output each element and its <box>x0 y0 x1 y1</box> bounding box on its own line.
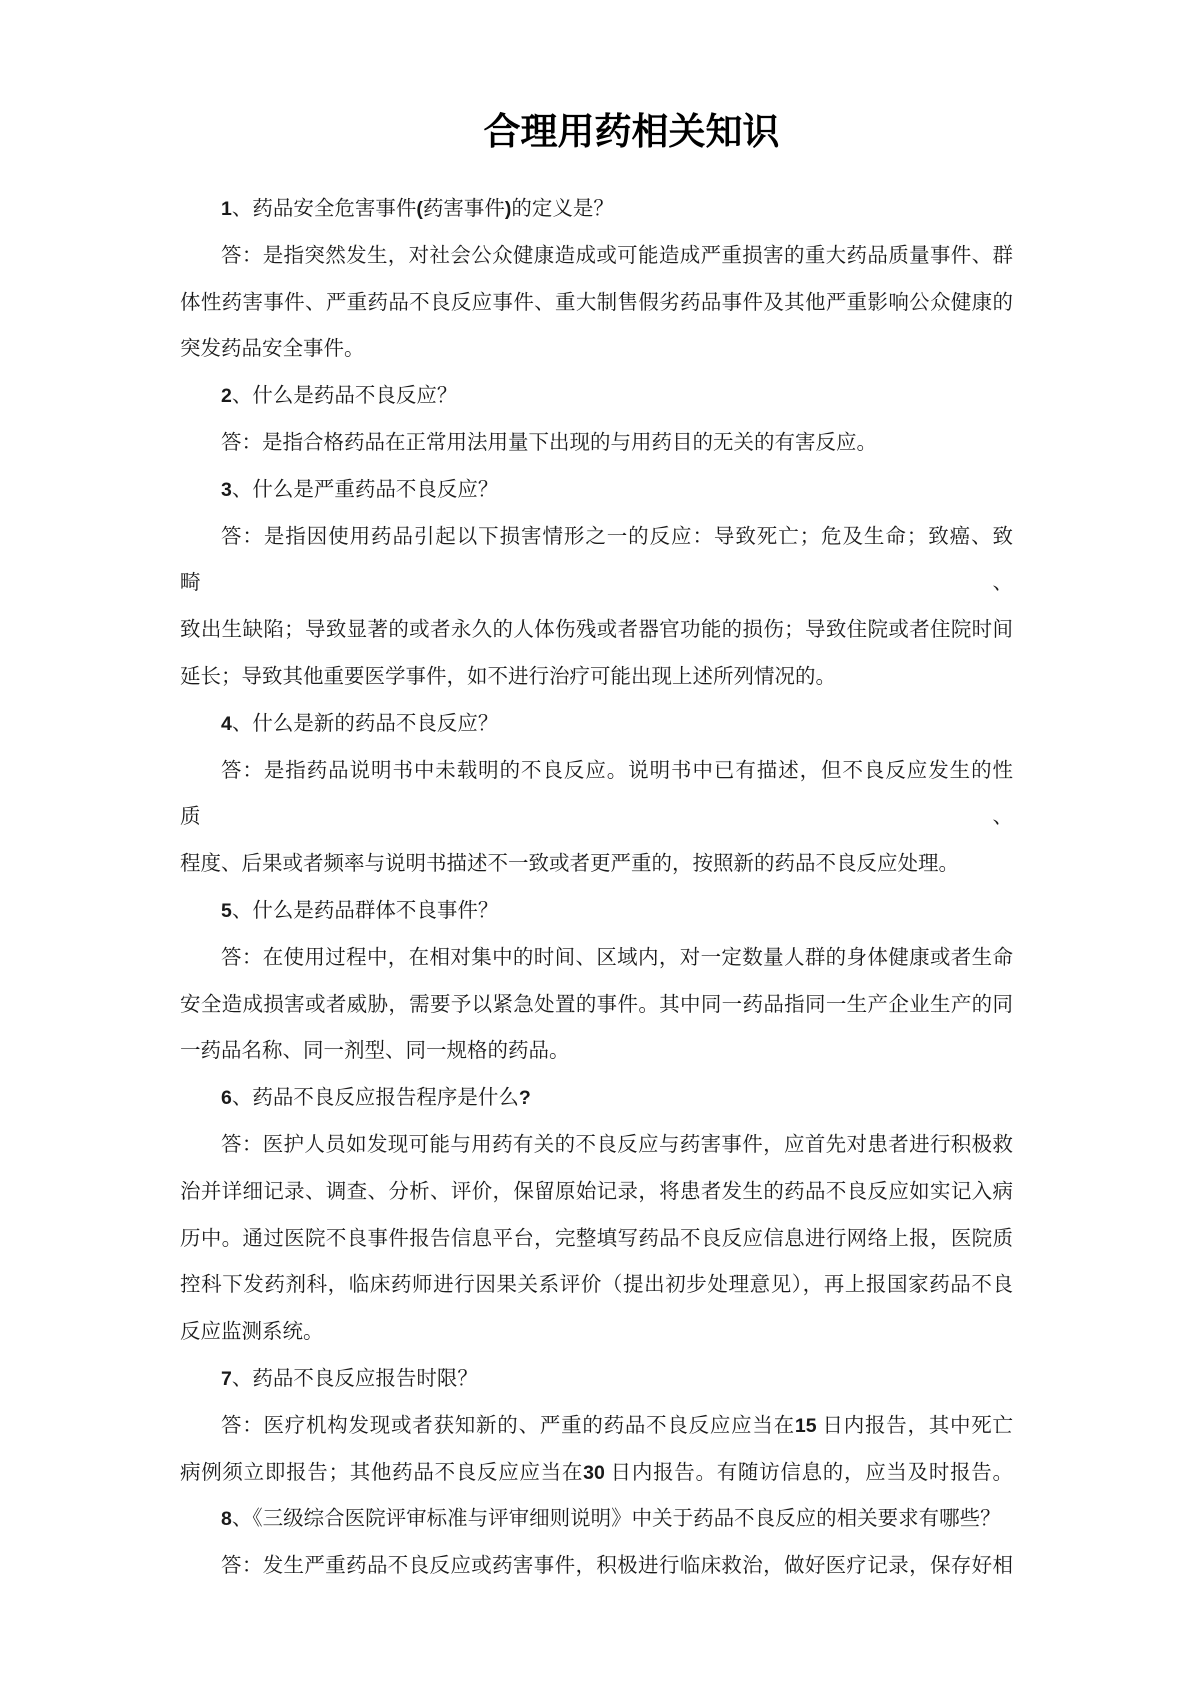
answer-line: 答：医护人员如发现可能与用药有关的不良反应与药害事件，应首先对患者进行积极救 <box>180 1122 1013 1169</box>
cjk-text: 一药品名称、同一剂型、同一规格的药品。 <box>180 1040 570 1062</box>
cjk-text: 、《三级综合医院评审标准与评审细则说明》中关于药品不良反应的相关要求有哪些？ <box>232 1508 1001 1530</box>
cjk-text: 、什么是新的药品不良反应？ <box>232 713 499 735</box>
cjk-text: 、什么是严重药品不良反应？ <box>232 479 499 501</box>
cjk-text: 致出生缺陷；导致显著的或者永久的人体伤残或者器官功能的损伤；导致住院或者住院时间 <box>180 619 1013 641</box>
answer-line: 答：医疗机构发现或者获知新的、严重的药品不良反应应当在15 日内报告，其中死亡 <box>180 1403 1013 1450</box>
cjk-text: 答：医疗机构发现或者获知新的、严重的药品不良反应应当在 <box>221 1415 795 1437</box>
answer-line: 反应监测系统。 <box>180 1309 1013 1356</box>
cjk-text: 答：医护人员如发现可能与用药有关的不良反应与药害事件，应首先对患者进行积极救 <box>221 1134 1013 1156</box>
answer-line: 体性药害事件、严重药品不良反应事件、重大制售假劣药品事件及其他严重影响公众健康的 <box>180 280 1013 327</box>
cjk-text: 延长；导致其他重要医学事件，如不进行治疗可能出现上述所列情况的。 <box>180 666 836 688</box>
cjk-text: 安全造成损害或者威胁，需要予以紧急处置的事件。其中同一药品指同一生产企业生产的同 <box>180 994 1013 1016</box>
answer-line: 控科下发药剂科，临床药师进行因果关系评价（提出初步处理意见），再上报国家药品不良 <box>180 1262 1013 1309</box>
answer-line: 答：是指药品说明书中未载明的不良反应。说明书中已有描述，但不良反应发生的性质、 <box>180 748 1013 842</box>
latin-bold-text: 15 <box>795 1415 817 1437</box>
cjk-text: 治并详细记录、调查、分析、评价，保留原始记录，将患者发生的药品不良反应如实记入病 <box>180 1181 1013 1203</box>
latin-bold-text: 4 <box>221 713 232 735</box>
cjk-text: 反应监测系统。 <box>180 1321 324 1343</box>
question-line: 8、《三级综合医院评审标准与评审细则说明》中关于药品不良反应的相关要求有哪些？ <box>180 1496 1013 1543</box>
cjk-text: 日内报告，其中死亡 <box>817 1415 1013 1437</box>
answer-line: 治并详细记录、调查、分析、评价，保留原始记录，将患者发生的药品不良反应如实记入病 <box>180 1169 1013 1216</box>
answer-line: 答：是指突然发生，对社会公众健康造成或可能造成严重损害的重大药品质量事件、群 <box>180 233 1013 280</box>
cjk-text: 答：发生严重药品不良反应或药害事件，积极进行临床救治，做好医疗记录，保存好相 <box>221 1555 1013 1577</box>
answer-line: 答：发生严重药品不良反应或药害事件，积极进行临床救治，做好医疗记录，保存好相 <box>180 1543 1013 1590</box>
answer-line: 病例须立即报告；其他药品不良反应应当在30 日内报告。有随访信息的，应当及时报告… <box>180 1450 1013 1497</box>
answer-line: 致出生缺陷；导致显著的或者永久的人体伤残或者器官功能的损伤；导致住院或者住院时间 <box>180 607 1013 654</box>
cjk-text: 、药品不良反应报告时限？ <box>232 1368 478 1390</box>
answer-line: 答：在使用过程中，在相对集中的时间、区域内，对一定数量人群的身体健康或者生命 <box>180 935 1013 982</box>
latin-bold-text: 2 <box>221 385 232 407</box>
cjk-text: 、什么是药品不良反应？ <box>232 385 458 407</box>
cjk-text: 历中。通过医院不良事件报告信息平台，完整填写药品不良反应信息进行网络上报，医院质 <box>180 1228 1013 1250</box>
latin-bold-text: 5 <box>221 900 232 922</box>
answer-line: 延长；导致其他重要医学事件，如不进行治疗可能出现上述所列情况的。 <box>180 654 1013 701</box>
latin-bold-text: 8 <box>221 1508 232 1530</box>
latin-bold-text: 3 <box>221 479 232 501</box>
latin-bold-text: 7 <box>221 1368 232 1390</box>
cjk-text: 的定义是？ <box>511 198 614 220</box>
cjk-text: 药害事件 <box>423 198 505 220</box>
latin-bold-text: ? <box>519 1087 531 1109</box>
question-line: 2、什么是药品不良反应？ <box>180 373 1013 420</box>
cjk-text: 答：在使用过程中，在相对集中的时间、区域内，对一定数量人群的身体健康或者生命 <box>221 947 1013 969</box>
cjk-text: 答：是指因使用药品引起以下损害情形之一的反应：导致死亡；危及生命；致癌、致畸、 <box>180 526 1013 595</box>
cjk-text: 、药品安全危害事件 <box>232 198 417 220</box>
latin-bold-text: 1 <box>221 198 232 220</box>
cjk-text: 答：是指合格药品在正常用法用量下出现的与用药目的无关的有害反应。 <box>221 432 877 454</box>
document-page: 合理用药相关知识 1、药品安全危害事件(药害事件)的定义是？答：是指突然发生，对… <box>0 0 1189 1682</box>
question-line: 3、什么是严重药品不良反应？ <box>180 467 1013 514</box>
qa-body: 1、药品安全危害事件(药害事件)的定义是？答：是指突然发生，对社会公众健康造成或… <box>180 186 1013 1590</box>
answer-line: 一药品名称、同一剂型、同一规格的药品。 <box>180 1028 1013 1075</box>
cjk-text: 答：是指突然发生，对社会公众健康造成或可能造成严重损害的重大药品质量事件、群 <box>221 245 1013 267</box>
answer-line: 安全造成损害或者威胁，需要予以紧急处置的事件。其中同一药品指同一生产企业生产的同 <box>180 982 1013 1029</box>
answer-line: 答：是指因使用药品引起以下损害情形之一的反应：导致死亡；危及生命；致癌、致畸、 <box>180 514 1013 608</box>
cjk-text: 病例须立即报告；其他药品不良反应应当在 <box>180 1462 583 1484</box>
question-line: 5、什么是药品群体不良事件？ <box>180 888 1013 935</box>
question-line: 4、什么是新的药品不良反应？ <box>180 701 1013 748</box>
answer-line: 突发药品安全事件。 <box>180 326 1013 373</box>
answer-line: 历中。通过医院不良事件报告信息平台，完整填写药品不良反应信息进行网络上报，医院质 <box>180 1216 1013 1263</box>
cjk-text: 程度、后果或者频率与说明书描述不一致或者更严重的，按照新的药品不良反应处理。 <box>180 853 959 875</box>
question-line: 7、药品不良反应报告时限？ <box>180 1356 1013 1403</box>
question-line: 6、药品不良反应报告程序是什么? <box>180 1075 1013 1122</box>
answer-line: 程度、后果或者频率与说明书描述不一致或者更严重的，按照新的药品不良反应处理。 <box>180 841 1013 888</box>
cjk-text: 、药品不良反应报告程序是什么 <box>232 1087 519 1109</box>
cjk-text: 、什么是药品群体不良事件？ <box>232 900 499 922</box>
cjk-text: 控科下发药剂科，临床药师进行因果关系评价（提出初步处理意见），再上报国家药品不良 <box>180 1274 1013 1296</box>
question-line: 1、药品安全危害事件(药害事件)的定义是？ <box>180 186 1013 233</box>
latin-bold-text: 6 <box>221 1087 232 1109</box>
cjk-text: 突发药品安全事件。 <box>180 338 365 360</box>
latin-bold-text: 30 <box>583 1462 605 1484</box>
page-title: 合理用药相关知识 <box>250 112 1013 154</box>
cjk-text: 体性药害事件、严重药品不良反应事件、重大制售假劣药品事件及其他严重影响公众健康的 <box>180 292 1013 314</box>
cjk-text: 日内报告。有随访信息的，应当及时报告。 <box>605 1462 1013 1484</box>
answer-line: 答：是指合格药品在正常用法用量下出现的与用药目的无关的有害反应。 <box>180 420 1013 467</box>
cjk-text: 答：是指药品说明书中未载明的不良反应。说明书中已有描述，但不良反应发生的性质、 <box>180 760 1013 829</box>
